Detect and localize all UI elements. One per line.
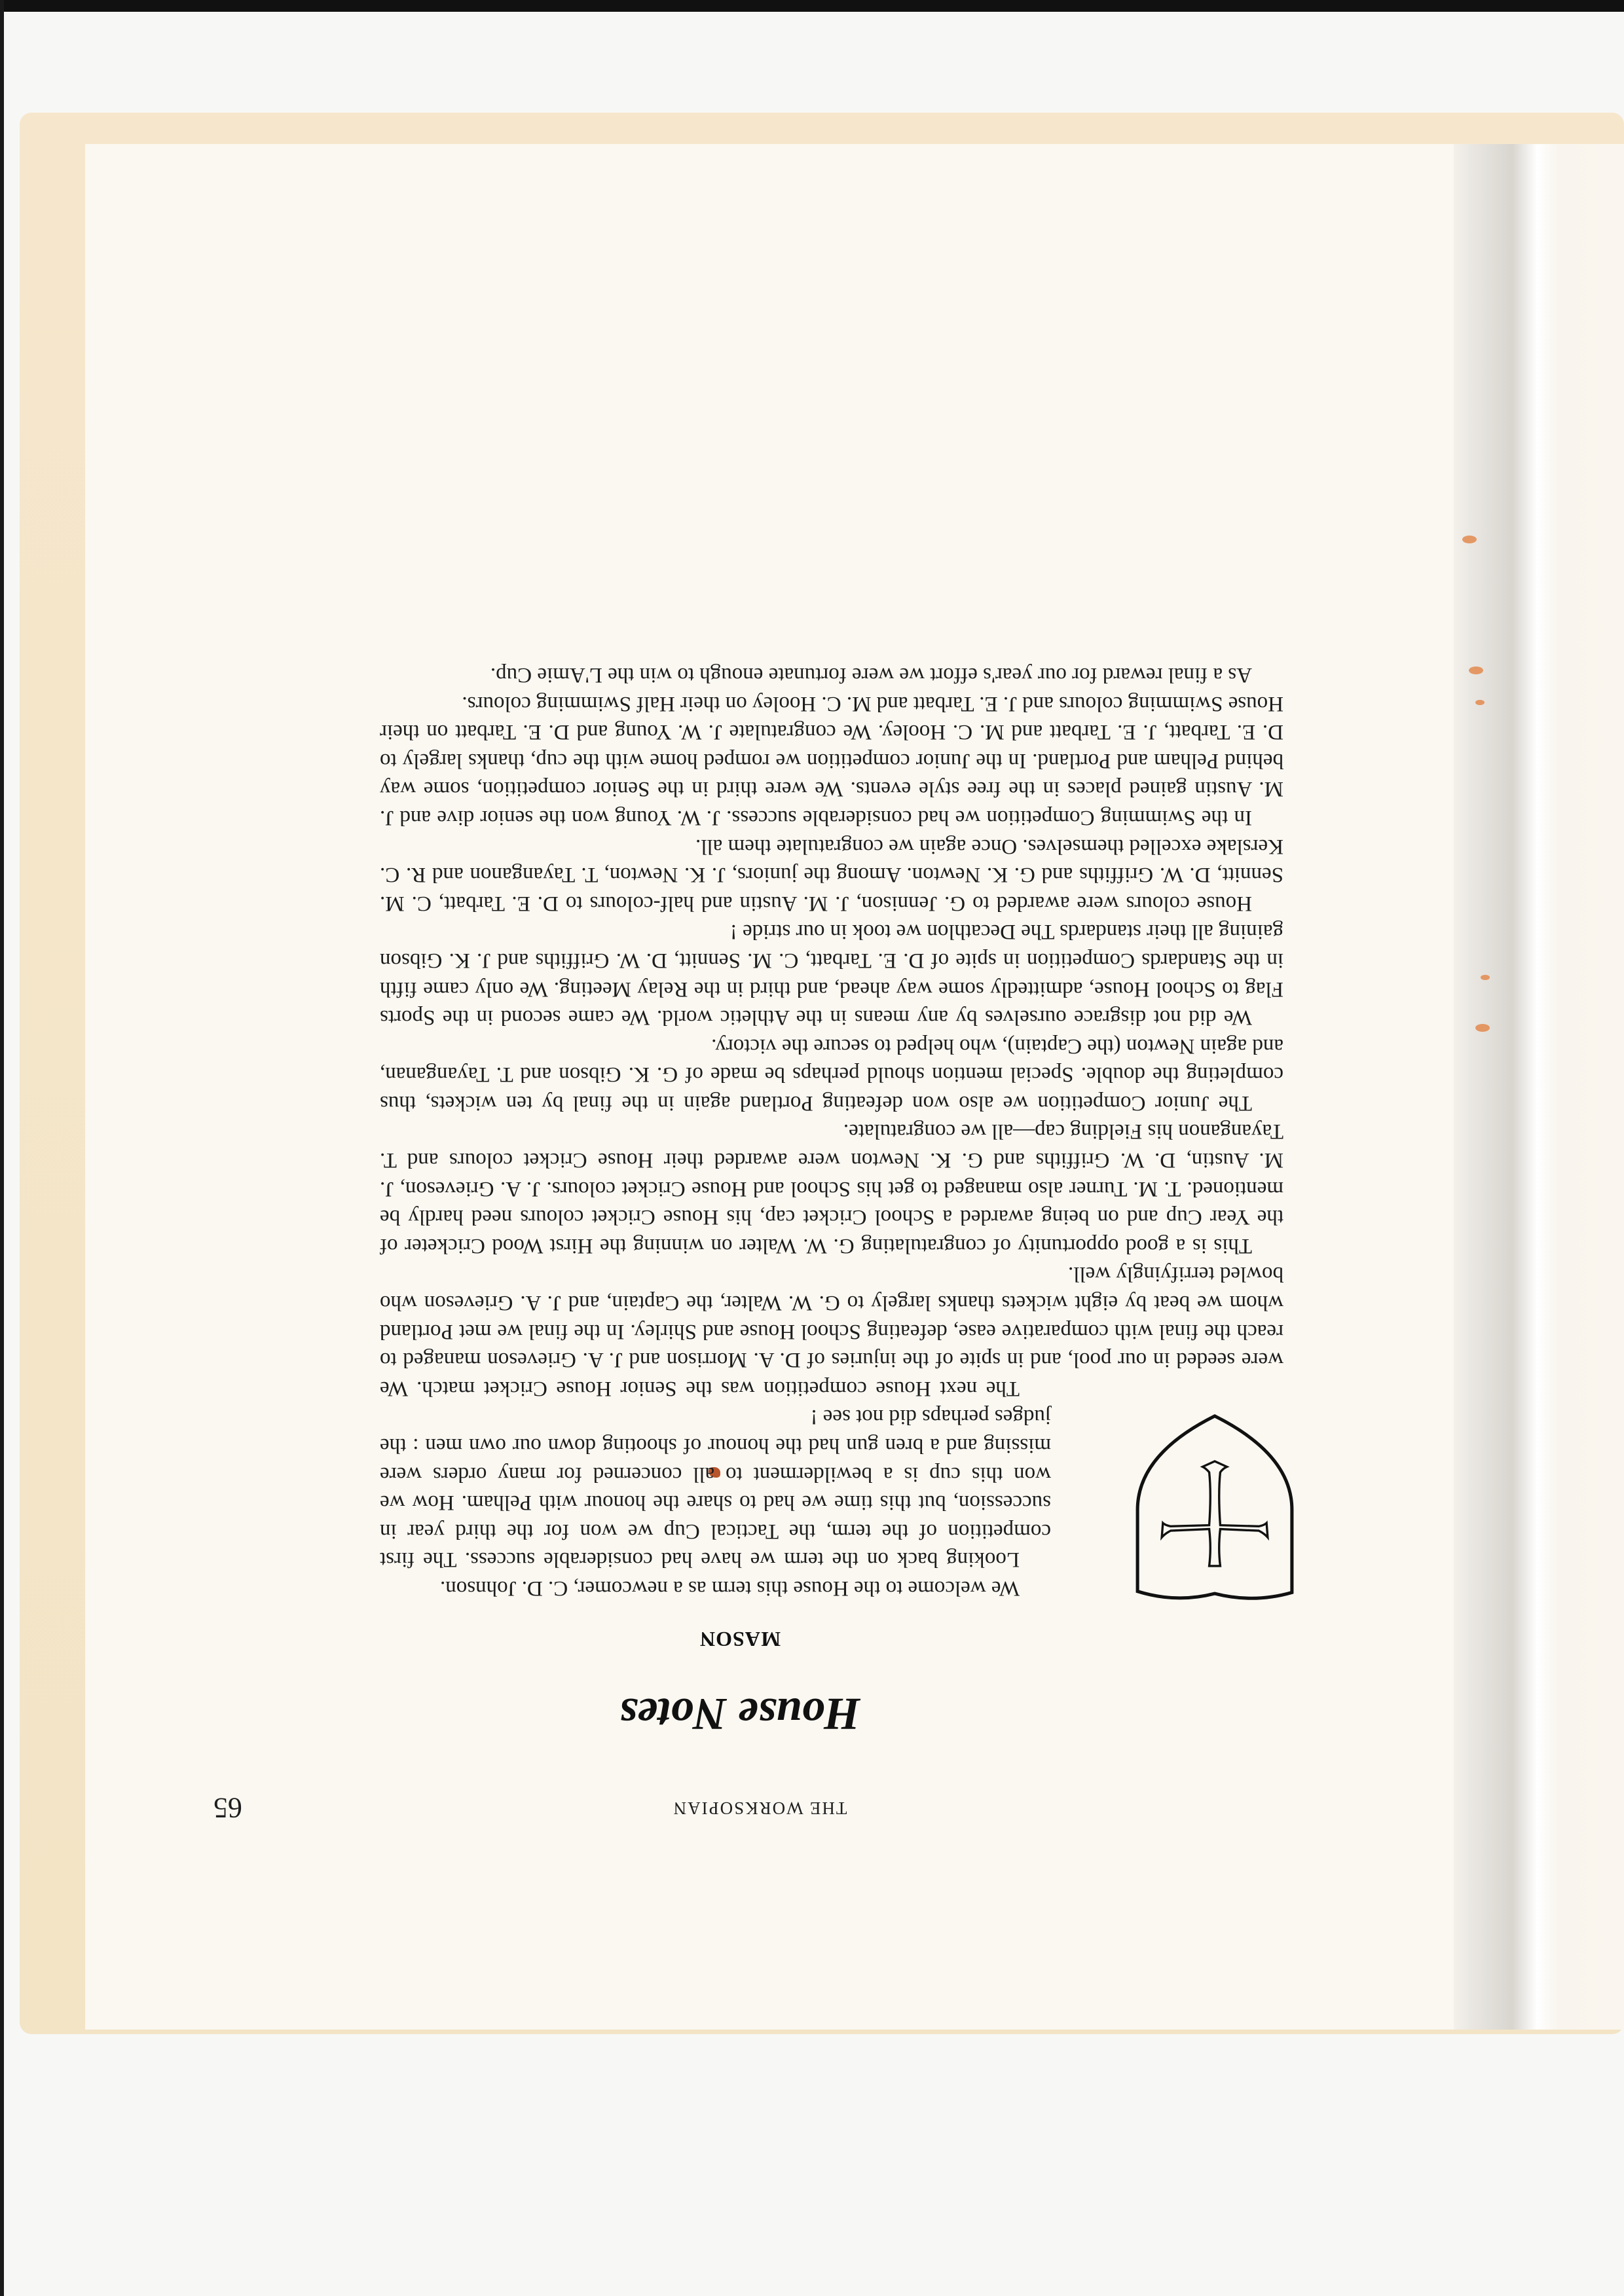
foxing-spot [1475, 700, 1485, 705]
page-number: 65 [213, 1791, 242, 1825]
paragraph-lamie-cup: As a final reward for our year's effort … [380, 660, 1283, 689]
paragraph-swimming: In the Swimming Competition we had consi… [380, 689, 1283, 831]
house-notes-body: We welcome to the House this term as a n… [380, 660, 1283, 1602]
rotated-book-scan: 65 THE WORKSOPIAN House Notes MASON We w… [0, 0, 1624, 2296]
facing-page [1513, 144, 1624, 2030]
paragraph-athletics: We did not disgrace ourselves by any mea… [380, 917, 1283, 1031]
paragraph-junior-cricket: The Junior Competition we also won defea… [380, 1031, 1283, 1117]
foxing-spot [1469, 666, 1483, 674]
foxing-spot [1475, 1024, 1490, 1032]
page-title: House Notes [537, 1687, 943, 1740]
paragraph-athletics-colours: House colours were awarded to G. Jenniso… [380, 831, 1283, 917]
section-heading: MASON [661, 1627, 819, 1651]
running-title: THE WORKSOPIAN [655, 1798, 864, 1818]
paragraph-cricket-colours: This is a good opportunity of congratula… [380, 1117, 1283, 1260]
foxing-spot [1481, 975, 1490, 980]
crest-wrap-space [1051, 1379, 1283, 1602]
foxing-spot [1462, 536, 1477, 543]
